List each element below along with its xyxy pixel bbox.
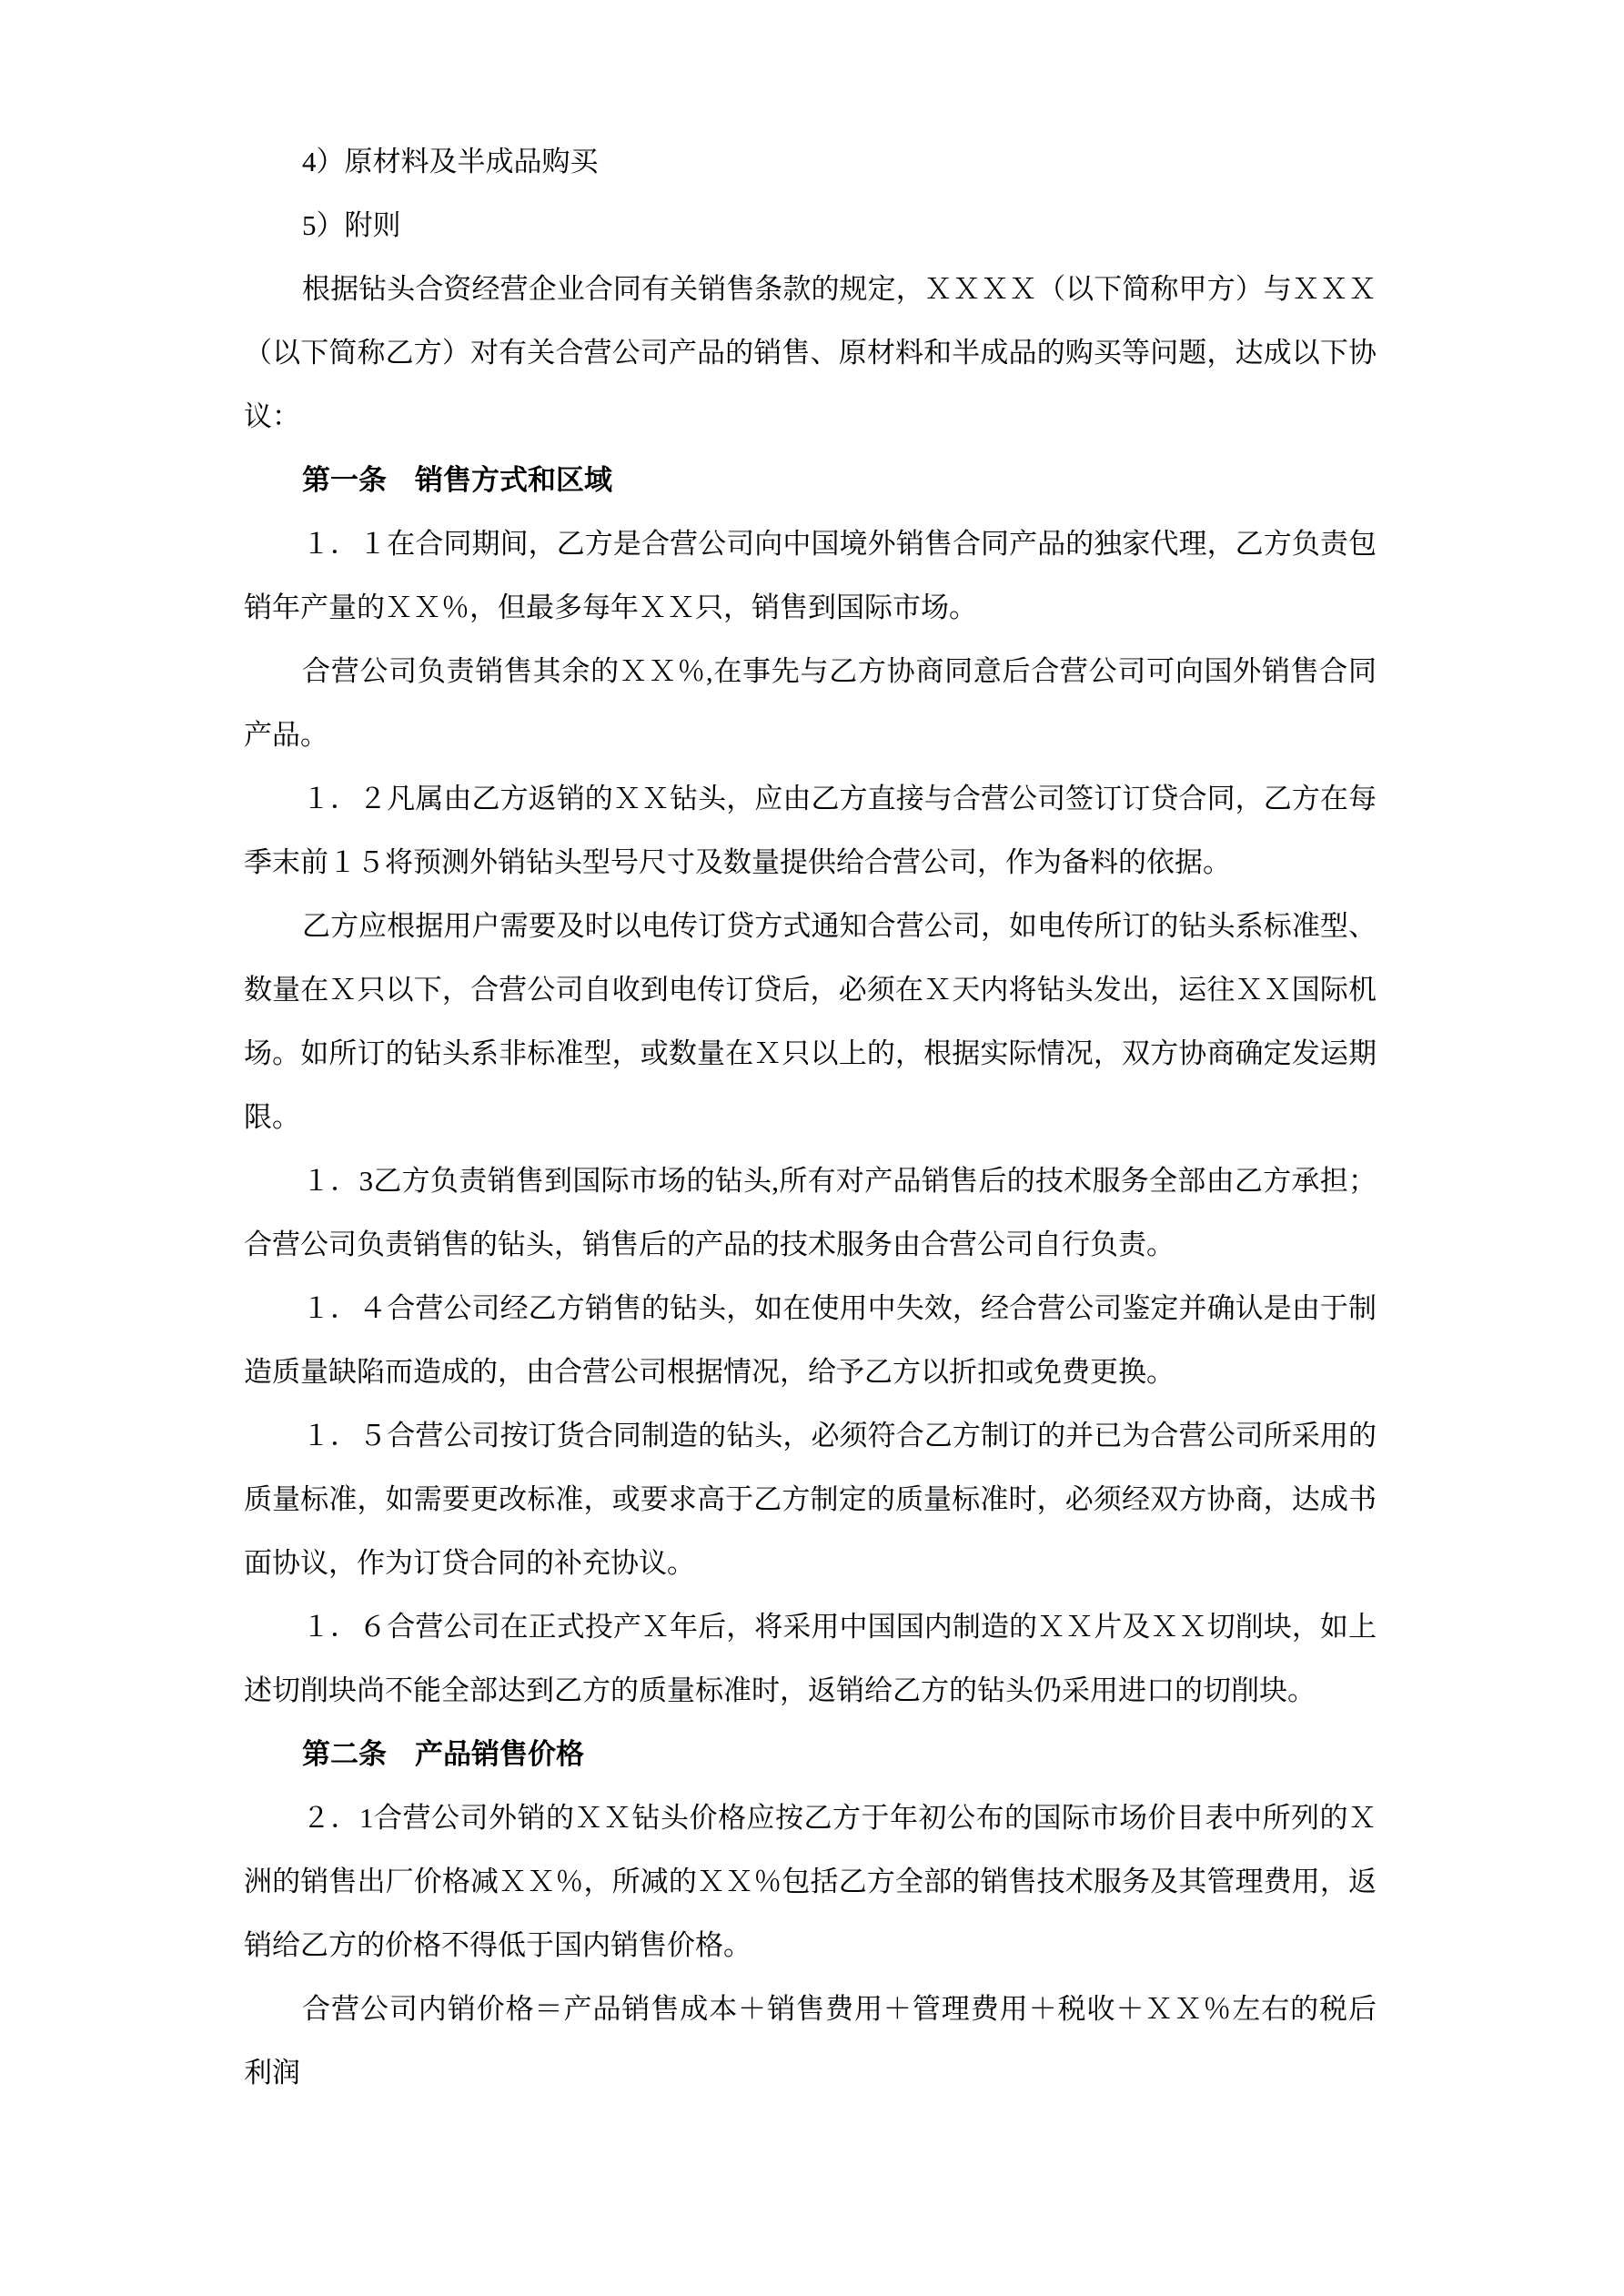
document-line: 根据钻头合资经营企业合同有关销售条款的规定，ＸＸＸＸ（以下简称甲方）与ＸＸＸ [244, 258, 1377, 321]
document-line: １．６合营公司在正式投产Ｘ年后，将采用中国国内制造的ＸＸ片及ＸＸ切削块，如上 [244, 1595, 1377, 1659]
section-heading: 第一条 销售方式和区域 [244, 449, 1377, 512]
document-line: 洲的销售出厂价格减ＸＸ％，所减的ＸＸ％包括乙方全部的销售技术服务及其管理费用，返 [244, 1850, 1377, 1914]
document-line: ２．1合营公司外销的ＸＸ钻头价格应按乙方于年初公布的国际市场价目表中所列的Ｘ [244, 1786, 1377, 1850]
document-line: 数量在Ｘ只以下，合营公司自收到电传订贷后，必须在Ｘ天内将钻头发出，运往ＸＸ国际机 [244, 958, 1377, 1022]
document-line: 销给乙方的价格不得低于国内销售价格。 [244, 1914, 1377, 1977]
contract-page: 4）原材料及半成品购买5）附则根据钻头合资经营企业合同有关销售条款的规定，ＸＸＸ… [0, 0, 1624, 2296]
document-line: 合营公司负责销售其余的ＸＸ％,在事先与乙方协商同意后合营公司可向国外销售合同 [244, 640, 1377, 703]
document-line: 合营公司负责销售的钻头，销售后的产品的技术服务由合营公司自行负责。 [244, 1213, 1377, 1277]
document-body: 4）原材料及半成品购买5）附则根据钻头合资经营企业合同有关销售条款的规定，ＸＸＸ… [244, 130, 1377, 2105]
section-heading: 第二条 产品销售价格 [244, 1723, 1377, 1786]
document-line: 合营公司内销价格＝产品销售成本＋销售费用＋管理费用＋税收＋ＸＸ％左右的税后 [244, 1977, 1377, 2041]
document-line: （以下简称乙方）对有关合营公司产品的销售、原材料和半成品的购买等问题，达成以下协 [244, 321, 1377, 385]
document-line: 造质量缺陷而造成的，由合营公司根据情况，给予乙方以折扣或免费更换。 [244, 1340, 1377, 1404]
document-line: 5）附则 [244, 194, 1377, 258]
document-line: 4）原材料及半成品购买 [244, 130, 1377, 194]
document-line: 产品。 [244, 703, 1377, 767]
document-line: 议： [244, 385, 1377, 449]
document-line: 面协议，作为订贷合同的补充协议。 [244, 1532, 1377, 1595]
document-line: 场。如所订的钻头系非标准型，或数量在Ｘ只以上的，根据实际情况，双方协商确定发运期 [244, 1022, 1377, 1086]
document-line: １．１在合同期间，乙方是合营公司向中国境外销售合同产品的独家代理，乙方负责包 [244, 512, 1377, 576]
document-line: 乙方应根据用户需要及时以电传订贷方式通知合营公司，如电传所订的钻头系标准型、 [244, 895, 1377, 958]
document-line: 季末前１５将预测外销钻头型号尺寸及数量提供给合营公司，作为备料的依据。 [244, 831, 1377, 895]
document-line: 利润 [244, 2041, 1377, 2105]
document-line: 述切削块尚不能全部达到乙方的质量标准时，返销给乙方的钻头仍采用进口的切削块。 [244, 1659, 1377, 1723]
document-line: １．２凡属由乙方返销的ＸＸ钻头，应由乙方直接与合营公司签订订贷合同，乙方在每 [244, 767, 1377, 831]
document-line: １．５合营公司按订货合同制造的钻头，必须符合乙方制订的并已为合营公司所采用的 [244, 1404, 1377, 1468]
document-line: １．４合营公司经乙方销售的钻头，如在使用中失效，经合营公司鉴定并确认是由于制 [244, 1277, 1377, 1340]
document-line: １．3乙方负责销售到国际市场的钻头,所有对产品销售后的技术服务全部由乙方承担； [244, 1149, 1377, 1213]
document-line: 质量标准，如需要更改标准，或要求高于乙方制定的质量标准时，必须经双方协商，达成书 [244, 1468, 1377, 1532]
document-line: 限。 [244, 1086, 1377, 1149]
document-line: 销年产量的ＸＸ％，但最多每年ＸＸ只，销售到国际市场。 [244, 576, 1377, 640]
